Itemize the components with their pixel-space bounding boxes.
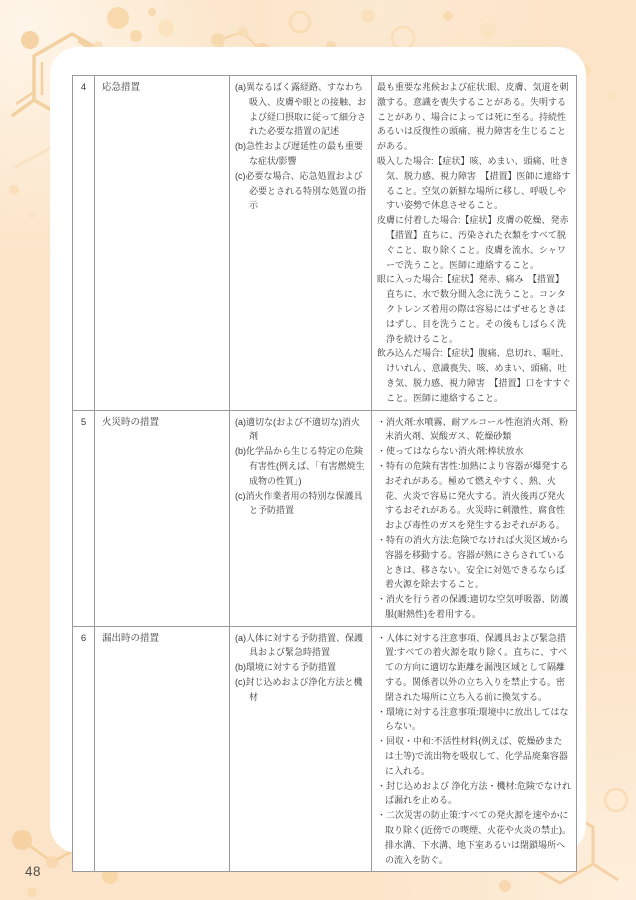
content-paragraph: ・消火を行う者の保護:適切な空気呼吸器、防護服(耐熱性)を着用する。	[377, 592, 571, 622]
page-number: 48	[25, 864, 41, 879]
requirement-item: (a)適切な(および不適切な)消火剤	[235, 415, 366, 445]
content-paragraph: ・環境に対する注意事項:環境中に放出してはならない。	[377, 705, 571, 735]
bubble-dots-icon	[93, 7, 174, 51]
content-paragraph: 眼に入った場合:【症状】発赤、痛み 【措置】直ちに、水で数分間入念に洗うこと。コ…	[377, 272, 571, 346]
content-paragraph: ・使ってはならない消火剤:棒状放水	[377, 444, 571, 459]
content-paragraph: ・封じ込めおよび 浄化方法・機材:危険でなければ漏れを止める。	[377, 779, 571, 809]
content-paragraph: 飲み込んだ場合:【症状】腹痛、息切れ、嘔吐、けいれん、意識喪失、咳、めまい、頭痛…	[377, 346, 571, 405]
table-row-first-aid: 4 応急措置 (a)異なるばく露経路、すなわち吸入、皮膚や眼との接触、および経口…	[73, 76, 577, 411]
requirement-item: (b)急性および遅延性の最も重要な症状/影響	[235, 139, 366, 169]
content-paragraph: ・消火剤:水噴霧、耐アルコール性泡消火剤、粉末消火剤、炭酸ガス、乾燥砂類	[377, 415, 571, 445]
row-number: 5	[73, 410, 95, 626]
row-content: ・人体に対する注意事項、保護具および緊急措置:すべての着火源を取り除く。直ちに、…	[372, 626, 577, 872]
row-requirements: (a)人体に対する予防措置、保護具および緊急時措置 (b)環境に対する予防措置 …	[230, 626, 372, 872]
table-row-accidental-release: 6 漏出時の措置 (a)人体に対する予防措置、保護具および緊急時措置 (b)環境…	[73, 626, 577, 872]
requirement-item: (c)封じ込めおよび浄化方法と機材	[235, 675, 366, 705]
row-requirements: (a)異なるばく露経路、すなわち吸入、皮膚や眼との接触、および経口摂取に従って細…	[230, 76, 372, 411]
content-paragraph: 皮膚に付着した場合:【症状】皮膚の乾燥、発赤 【措置】直ちに、汚染された衣類をす…	[377, 213, 571, 272]
content-card: 4 応急措置 (a)異なるばく露経路、すなわち吸入、皮膚や眼との接触、および経口…	[50, 47, 586, 853]
content-paragraph: 吸入した場合:【症状】咳、めまい、頭痛、吐き気、脱力感、視力障害 【措置】医師に…	[377, 154, 571, 213]
content-paragraph: ・特有の危険有害性:加熱により容器が爆発するおそれがある。極めて燃えやすく、熱、…	[377, 459, 571, 533]
requirement-item: (b)化学品から生じる特定の危険有害性(例えば、「有害燃焼生成物の性質」)	[235, 444, 366, 488]
row-requirements: (a)適切な(および不適切な)消火剤 (b)化学品から生じる特定の危険有害性(例…	[230, 410, 372, 626]
molecule-atom-icon	[21, 31, 39, 49]
table-row-firefighting: 5 火災時の措置 (a)適切な(および不適切な)消火剤 (b)化学品から生じる特…	[73, 410, 577, 626]
row-content: 最も重要な兆候および症状:眼、皮膚、気道を刺激する。意識を喪失することがある。失…	[372, 76, 577, 411]
row-title: 火災時の措置	[95, 410, 230, 626]
requirement-item: (c)消火作業者用の特別な保護具と予防措置	[235, 489, 366, 519]
content-paragraph: ・二次災害の防止策:すべての発火源を速やかに取り除く(近傍での喫煙、火花や火炎の…	[377, 808, 571, 867]
row-number: 6	[73, 626, 95, 872]
requirement-item: (c)必要な場合、応急処置および必要とされる特別な処置の指示	[235, 169, 366, 213]
row-title: 漏出時の措置	[95, 626, 230, 872]
content-paragraph: ・人体に対する注意事項、保護具および緊急措置:すべての着火源を取り除く。直ちに、…	[377, 631, 571, 705]
row-content: ・消火剤:水噴霧、耐アルコール性泡消火剤、粉末消火剤、炭酸ガス、乾燥砂類 ・使っ…	[372, 410, 577, 626]
content-paragraph: ・特有の消火方法:危険でなければ火災区域から容器を移動する。容器が熱にさらされて…	[377, 533, 571, 592]
sds-items-table: 4 応急措置 (a)異なるばく露経路、すなわち吸入、皮膚や眼との接触、および経口…	[72, 75, 577, 872]
requirement-item: (b)環境に対する予防措置	[235, 660, 366, 675]
row-title: 応急措置	[95, 76, 230, 411]
content-paragraph: 最も重要な兆候および症状:眼、皮膚、気道を刺激する。意識を喪失することがある。失…	[377, 80, 571, 154]
requirement-item: (a)人体に対する予防措置、保護具および緊急時措置	[235, 631, 366, 661]
row-number: 4	[73, 76, 95, 411]
requirement-item: (a)異なるばく露経路、すなわち吸入、皮膚や眼との接触、および経口摂取に従って細…	[235, 80, 366, 139]
content-paragraph: ・回収・中和:不活性材料(例えば、乾燥砂または土等)で流出物を吸収して、化学品廃…	[377, 734, 571, 778]
